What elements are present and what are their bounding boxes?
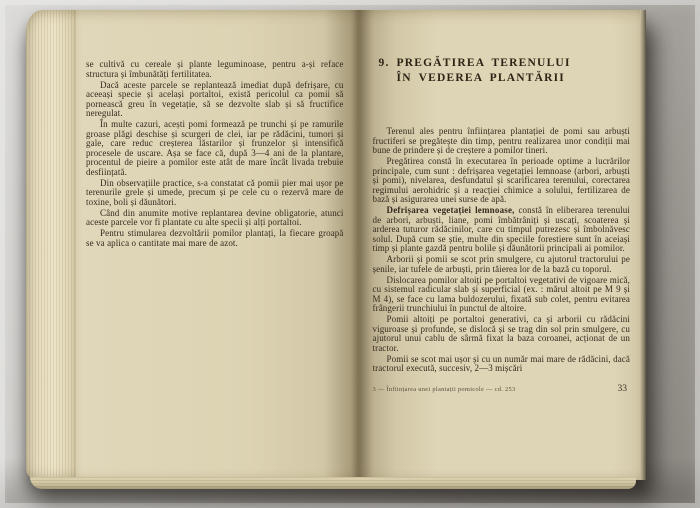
paragraph: Terenul ales pentru înființarea plantați… xyxy=(373,127,631,156)
paragraph: Pentru stimularea dezvoltării pomilor pl… xyxy=(86,229,344,248)
right-page-edge xyxy=(640,10,646,480)
scanned-book-photo: se cultivă cu cereale și plante legumino… xyxy=(0,0,700,508)
page-footer: 3 — Înființarea unei plantații pomicole … xyxy=(373,384,631,394)
right-page: 9. PREGĂTIREA TERENULUI ÎN VEDEREA PLANT… xyxy=(358,10,641,480)
paragraph: Pomii altoiți pe portaltoi generativi, c… xyxy=(373,315,631,353)
paragraph: Când din anumite motive replantarea devi… xyxy=(86,209,344,228)
page-number: 33 xyxy=(618,384,628,394)
chapter-number: 9. xyxy=(379,56,390,85)
paragraph: Arborii și pomii se scot prin smulgere, … xyxy=(373,255,631,274)
paragraph: Pregătirea constă în executarea în perio… xyxy=(373,157,631,205)
chapter-title-line1: PREGĂTIREA TERENULUI xyxy=(397,57,571,69)
left-page-text: se cultivă cu cereale și plante legumino… xyxy=(86,60,344,248)
paragraph: Din observațiile practice, s-a constatat… xyxy=(86,179,344,208)
chapter-heading: 9. PREGĂTIREA TERENULUI ÎN VEDEREA PLANT… xyxy=(379,56,631,85)
bold-lead: Defrișarea vegetației lemnoase, xyxy=(387,205,515,215)
left-page: se cultivă cu cereale și plante legumino… xyxy=(76,10,358,480)
right-page-text: Terenul ales pentru înființarea plantați… xyxy=(373,127,631,375)
paragraph: Pomii se scot mai ușor și cu un număr ma… xyxy=(373,355,631,374)
chapter-title: PREGĂTIREA TERENULUI ÎN VEDEREA PLANTĂRI… xyxy=(397,56,571,85)
printer-signature: 3 — Înființarea unei plantații pomicole … xyxy=(373,386,516,393)
paragraph: Dacă aceste parcele se replantează imedi… xyxy=(86,81,344,119)
paragraph: Defrișarea vegetației lemnoase, constă î… xyxy=(373,206,631,254)
chapter-title-line2: ÎN VEDEREA PLANTĂRII xyxy=(397,72,565,84)
open-book: se cultivă cu cereale și plante legumino… xyxy=(26,10,646,480)
paragraph: În multe cazuri, acești pomi formează pe… xyxy=(86,120,344,177)
left-page-edge-stack xyxy=(26,10,76,480)
paragraph: se cultivă cu cereale și plante legumino… xyxy=(86,60,344,79)
bottom-page-edge-stack xyxy=(30,477,636,489)
paragraph: Dislocarea pomilor altoiți pe portaltoi … xyxy=(373,276,631,314)
